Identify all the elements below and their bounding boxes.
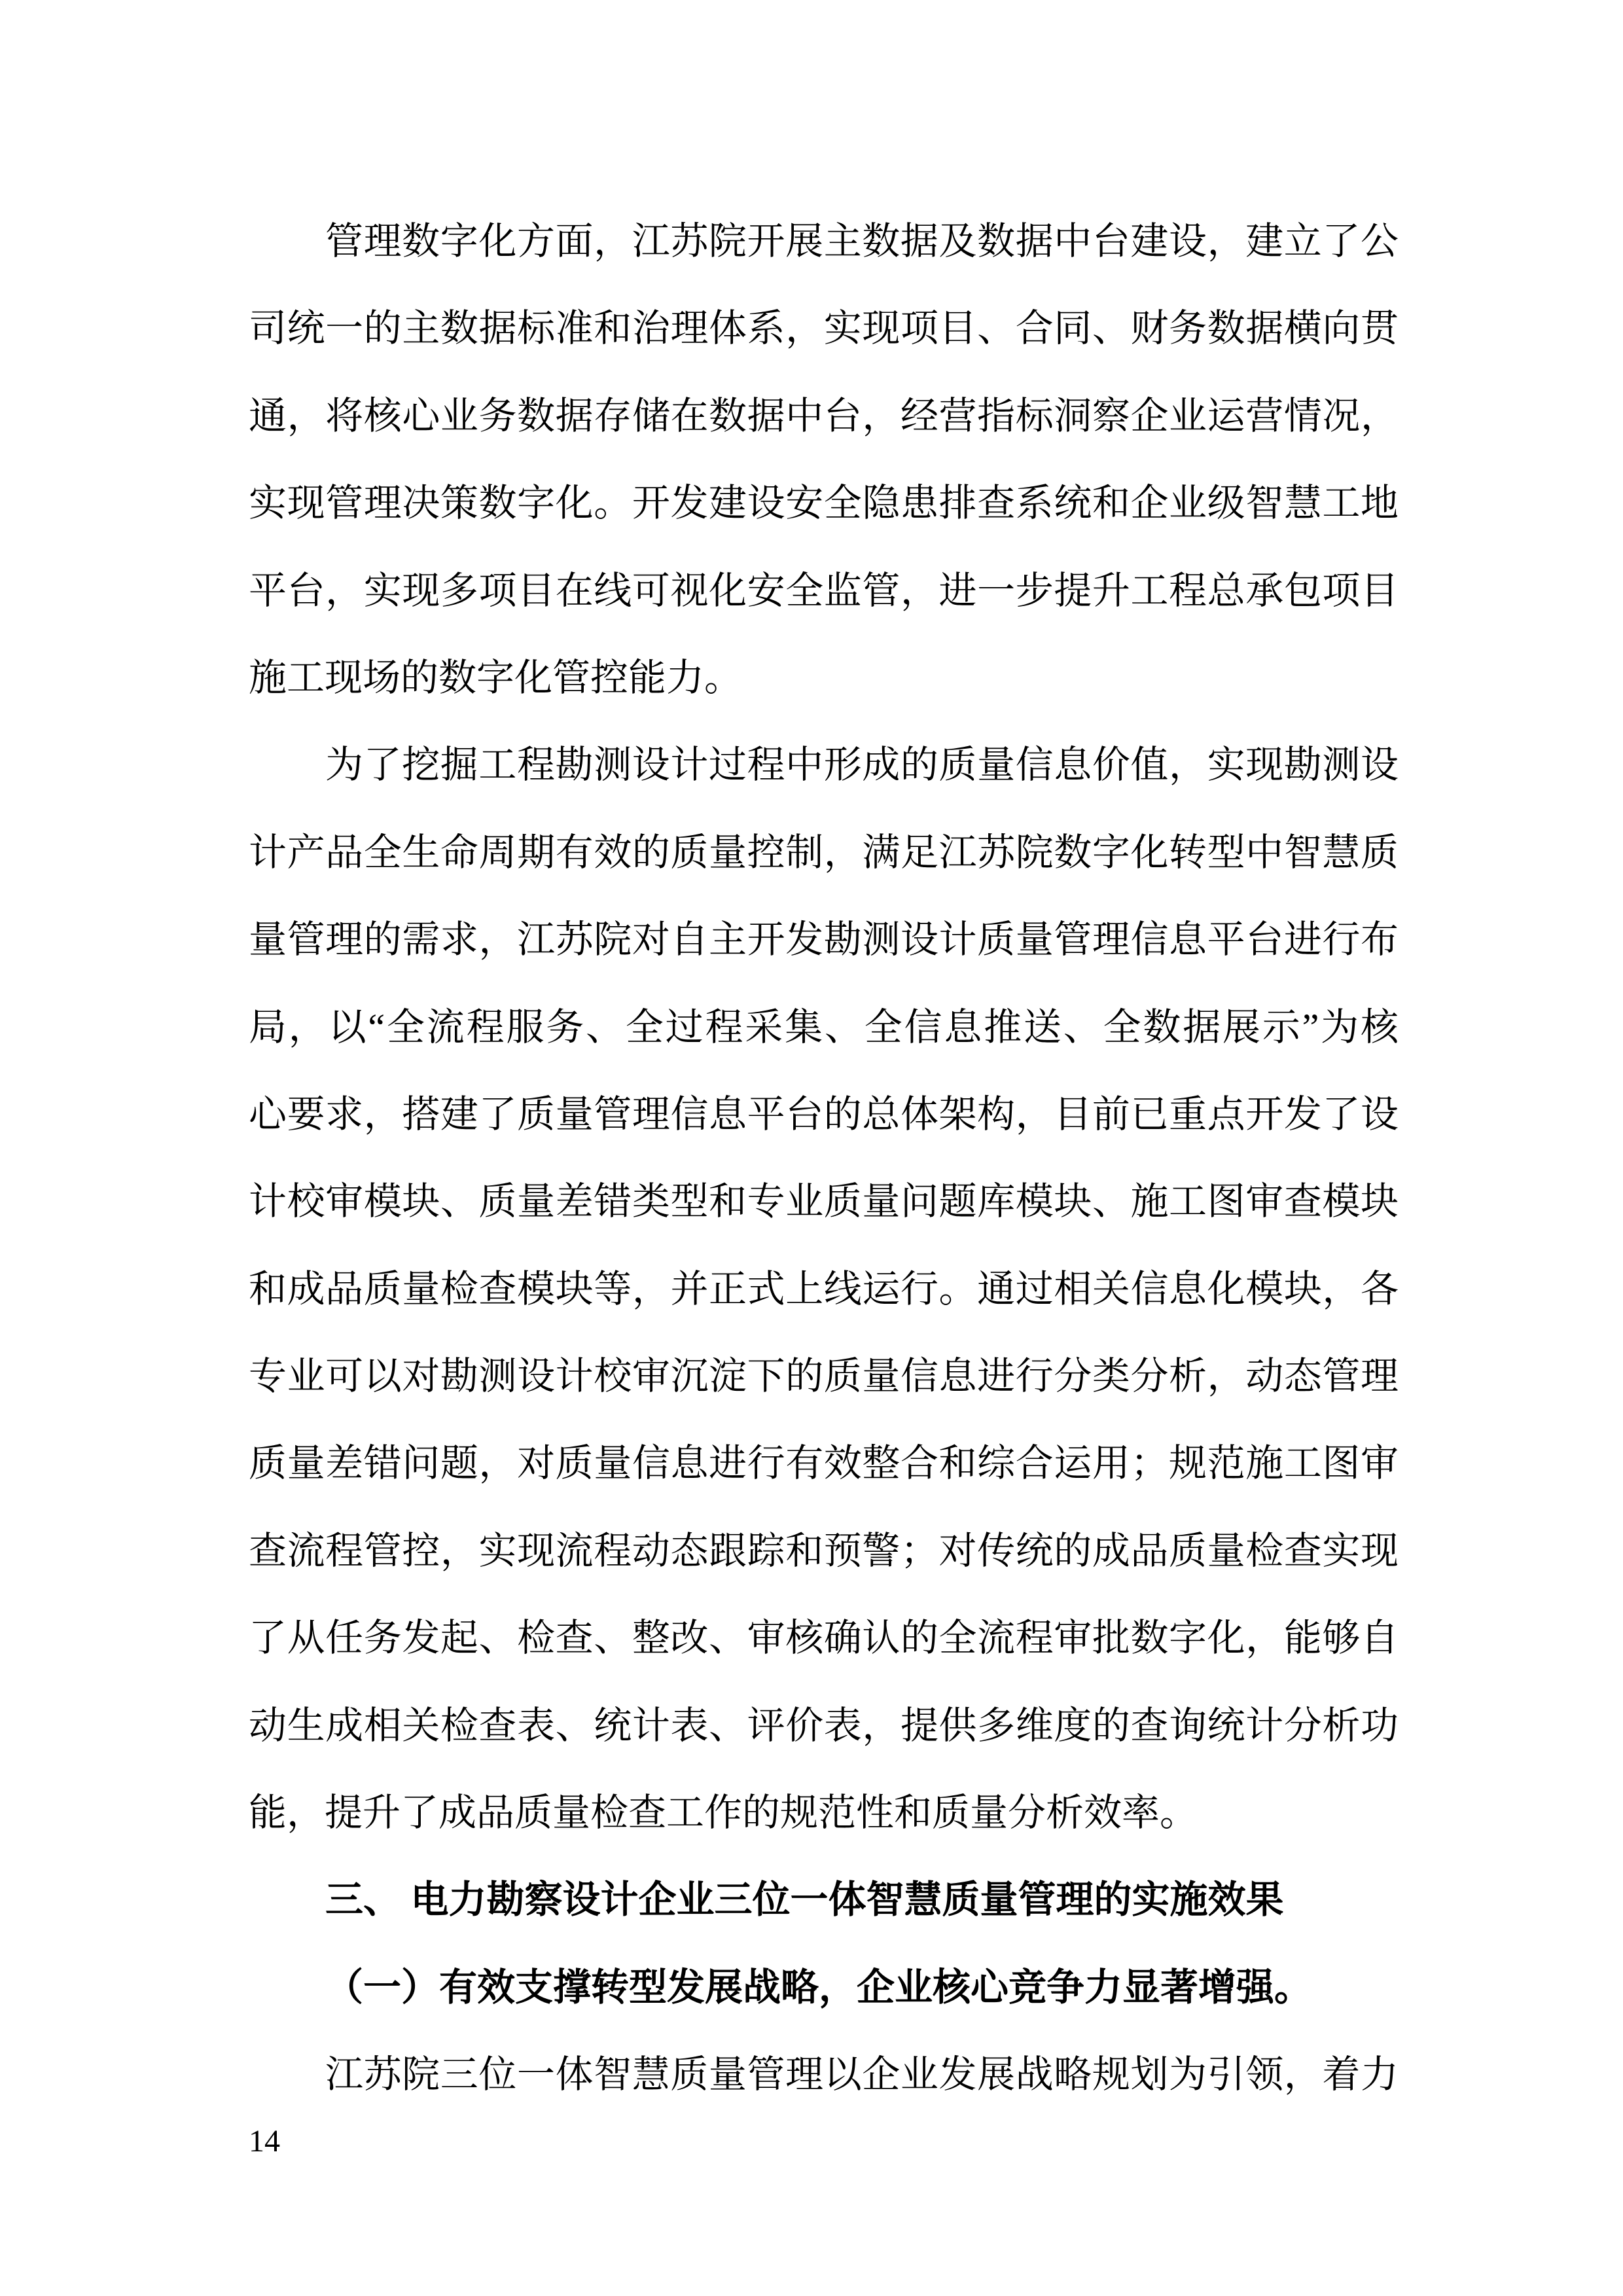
text-line: 了从任务发起、检查、整改、审核确认的全流程审批数字化，能够自 <box>249 1594 1399 1681</box>
page-number: 14 <box>249 2122 280 2161</box>
text-line: 施工现场的数字化管控能力。 <box>249 634 1399 721</box>
paragraph-digital-management: 管理数字化方面，江苏院开展主数据及数据中台建设，建立了公司统一的主数据标准和治理… <box>249 198 1399 721</box>
paragraph-implementation-intro: 江苏院三位一体智慧质量管理以企业发展战略规划为引领，着力 <box>249 2031 1399 2118</box>
section-heading: 三、 电力勘察设计企业三位一体智慧质量管理的实施效果 <box>249 1856 1399 1943</box>
text-line: 管理数字化方面，江苏院开展主数据及数据中台建设，建立了公 <box>249 198 1399 285</box>
subsection-heading: （一）有效支撑转型发展战略，企业核心竞争力显著增强。 <box>249 1944 1399 2031</box>
text-line: 心要求，搭建了质量管理信息平台的总体架构，目前已重点开发了设 <box>249 1071 1399 1158</box>
text-line: 司统一的主数据标准和治理体系，实现项目、合同、财务数据横向贯 <box>249 285 1399 372</box>
text-line: 为了挖掘工程勘测设计过程中形成的质量信息价值，实现勘测设 <box>249 721 1399 808</box>
text-line: 通，将核心业务数据存储在数据中台，经营指标洞察企业运营情况， <box>249 372 1399 459</box>
document-body: 管理数字化方面，江苏院开展主数据及数据中台建设，建立了公司统一的主数据标准和治理… <box>249 198 1399 2119</box>
text-line: 实现管理决策数字化。开发建设安全隐患排查系统和企业级智慧工地 <box>249 459 1399 547</box>
text-line: 计产品全生命周期有效的质量控制，满足江苏院数字化转型中智慧质 <box>249 809 1399 896</box>
text-line: 动生成相关检查表、统计表、评价表，提供多维度的查询统计分析功 <box>249 1682 1399 1769</box>
heading-line: （一）有效支撑转型发展战略，企业核心竞争力显著增强。 <box>249 1944 1399 2031</box>
text-line: 计校审模块、质量差错类型和专业质量问题库模块、施工图审查模块 <box>249 1158 1399 1245</box>
document-page: { "page": { "background": "#ffffff", "te… <box>0 0 1623 2296</box>
text-line: 能，提升了成品质量检查工作的规范性和质量分析效率。 <box>249 1769 1399 1856</box>
text-line: 质量差错问题，对质量信息进行有效整合和综合运用；规范施工图审 <box>249 1420 1399 1507</box>
text-line: 查流程管控，实现流程动态跟踪和预警；对传统的成品质量检查实现 <box>249 1507 1399 1594</box>
heading-line: 三、 电力勘察设计企业三位一体智慧质量管理的实施效果 <box>249 1856 1399 1943</box>
text-line: 和成品质量检查模块等，并正式上线运行。通过相关信息化模块，各 <box>249 1246 1399 1333</box>
text-line: 量管理的需求，江苏院对自主开发勘测设计质量管理信息平台进行布 <box>249 896 1399 983</box>
text-line: 平台，实现多项目在线可视化安全监管，进一步提升工程总承包项目 <box>249 547 1399 634</box>
text-line: 江苏院三位一体智慧质量管理以企业发展战略规划为引领，着力 <box>249 2031 1399 2118</box>
text-line: 专业可以对勘测设计校审沉淀下的质量信息进行分类分析，动态管理 <box>249 1333 1399 1420</box>
paragraph-quality-platform: 为了挖掘工程勘测设计过程中形成的质量信息价值，实现勘测设计产品全生命周期有效的质… <box>249 721 1399 1856</box>
text-line: 局，以“全流程服务、全过程采集、全信息推送、全数据展示”为核 <box>249 984 1399 1071</box>
